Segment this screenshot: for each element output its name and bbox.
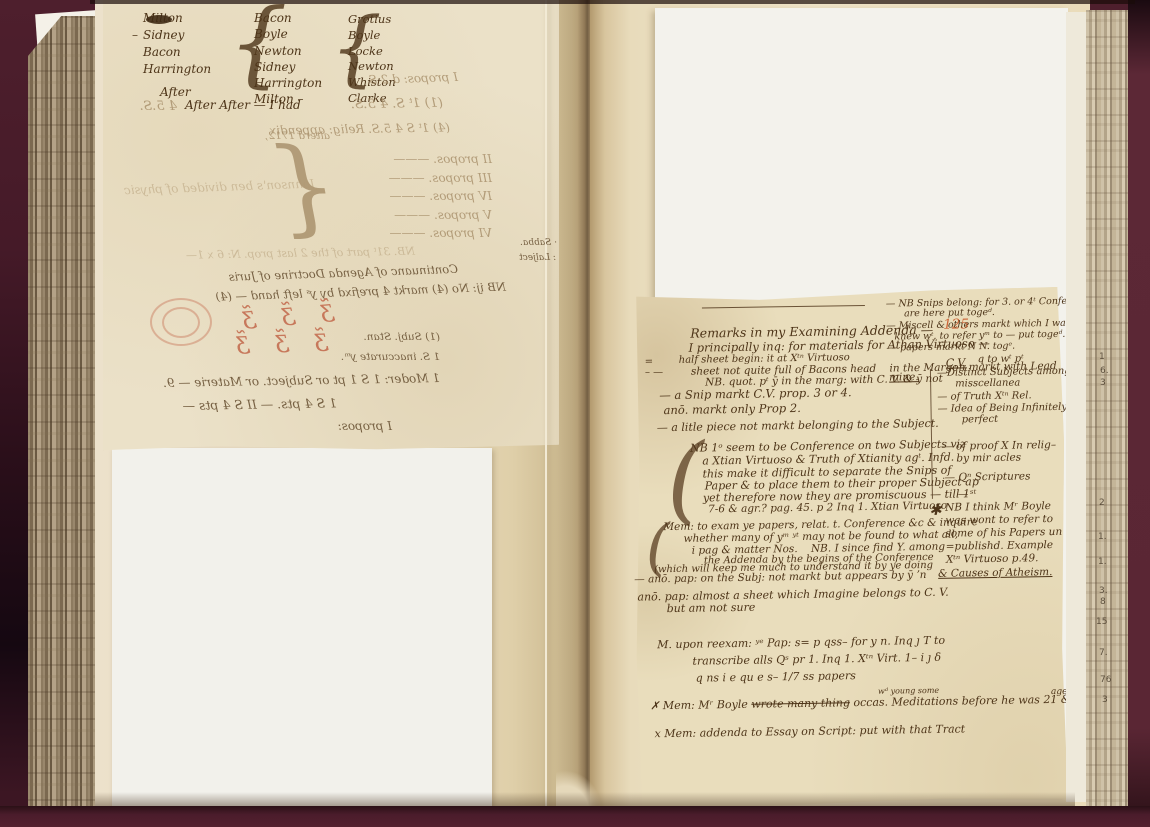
blank-white-leaf <box>112 448 492 812</box>
manuscript-leaf-left <box>103 0 559 452</box>
album-fore-edge-white <box>1066 12 1088 802</box>
manuscript-leaf-right: 125 — NB Snips belong: for 3. or 4ᵗ Conf… <box>630 287 1070 811</box>
photographed-open-album: 125 — NB Snips belong: for 3. or 4ᵗ Conf… <box>0 0 1150 827</box>
manuscript-paper <box>630 287 1070 811</box>
book-cover-right <box>1128 0 1150 827</box>
book-fore-edge-left <box>28 16 102 816</box>
folio-number: 125 <box>943 316 969 332</box>
photo-top-edge <box>90 0 1135 4</box>
book-cover-bottom <box>0 806 1150 827</box>
book-fore-edge-right <box>1086 10 1133 812</box>
page-crease <box>545 0 547 810</box>
